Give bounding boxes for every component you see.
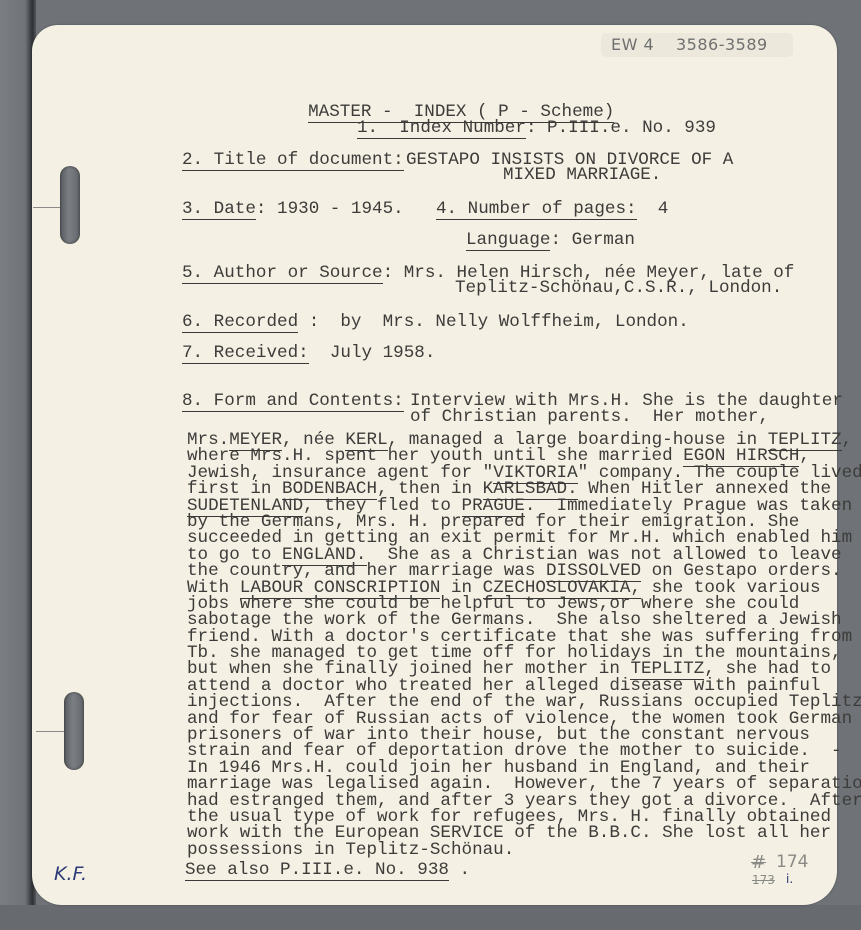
field-date: 3. Date: 1930 - 1945.: [182, 201, 404, 217]
field-title-value-2: MIXED MARRIAGE.: [503, 167, 661, 183]
form-contents-intro-2: of Christian parents. Her mother,: [410, 409, 769, 425]
field-pages: 4. Number of pages: 4: [436, 201, 668, 217]
field-recorded: 6. Recorded : by Mrs. Nelly Wolffheim, L…: [182, 314, 689, 330]
field-label: Language: [466, 230, 550, 251]
pencil-old-page-number: 173: [752, 873, 775, 887]
field-received: 7. Received: July 1958.: [182, 345, 435, 361]
field-label: 7. Received:: [182, 343, 309, 364]
handwritten-initials: K.F.: [54, 863, 87, 885]
stamp-range: 3586-3589: [676, 33, 768, 57]
binder-backing-left: [0, 0, 36, 930]
body-text: ,: [842, 430, 853, 450]
field-label: 5. Author or Source: [182, 263, 383, 284]
pencil-page-number: 174: [776, 852, 808, 872]
see-also-link: See also P.III.e. No. 938: [185, 860, 449, 881]
field-label: 1. Index Number: [357, 118, 526, 139]
field-value: : by Mrs. Nelly Wolffheim, London.: [298, 312, 689, 332]
field-index-number: 1. Index Number: P.III.e. No. 939: [357, 120, 716, 136]
field-value: 4: [658, 199, 669, 219]
archive-stamp: EW 4 3586-3589: [601, 33, 793, 57]
body-text: possessions in Teplitz-Schönau.: [187, 840, 514, 860]
stamp-series: EW 4: [611, 33, 654, 57]
ink-mark: i.: [786, 872, 793, 886]
field-title-label: 2. Title of document:: [182, 152, 404, 168]
binder-backing-bottom: [0, 905, 861, 930]
form-contents-body: Mrs.MEYER, née KERL, managed a large boa…: [187, 432, 861, 858]
card-crease-top: [33, 207, 63, 208]
field-label: 3. Date: [182, 199, 256, 220]
punch-hole-bottom: [64, 692, 84, 770]
field-value: : 1930 - 1945.: [256, 199, 404, 219]
field-label: 4. Number of pages:: [436, 199, 637, 220]
field-value: : P.III.e. No. 939: [526, 118, 716, 138]
see-also: See also P.III.e. No. 938 .: [185, 862, 470, 878]
field-language: Language: German: [466, 232, 635, 248]
punch-hole-top: [60, 166, 80, 244]
field-form-contents-label: 8. Form and Contents:: [182, 393, 404, 409]
field-value: : German: [550, 230, 634, 250]
card-crease-bottom: [36, 731, 66, 732]
page-title: MASTER - INDEX ( P - Scheme): [287, 88, 614, 121]
struck-pencil-mark: #: [751, 852, 766, 873]
field-author-value-2: Teplitz-Schönau,C.S.R., London.: [455, 280, 782, 296]
field-value: July 1958.: [330, 343, 436, 363]
field-label: 6. Recorded: [182, 312, 298, 333]
